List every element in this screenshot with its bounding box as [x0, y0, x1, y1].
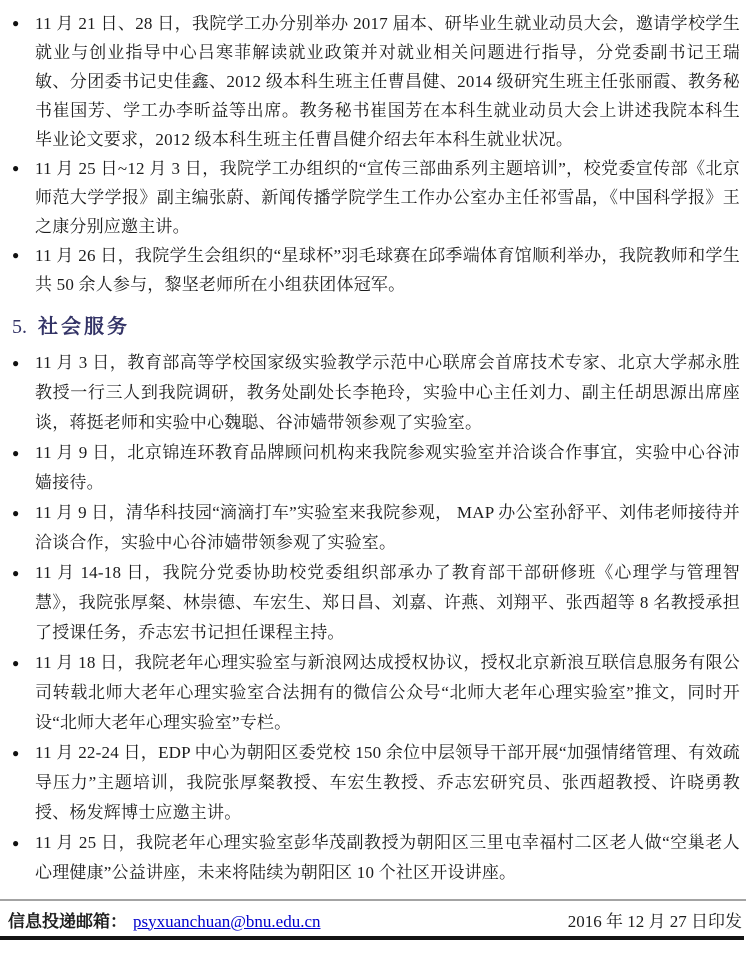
section-title: 社会服务	[38, 316, 130, 338]
bullet-text: 11 月 21 日、28 日，我院学工办分别举办 2017 届本、研毕业生就业动…	[35, 9, 740, 154]
bullet-list-top: ● 11 月 21 日、28 日，我院学工办分别举办 2017 届本、研毕业生就…	[12, 9, 740, 299]
bullet-icon: ●	[12, 498, 35, 528]
section-number: 5.	[12, 316, 27, 338]
list-item: ● 11 月 25 日~12 月 3 日，我院学工办组织的“宣传三部曲系列主题培…	[12, 154, 740, 241]
bullet-text: 11 月 26 日，我院学生会组织的“星球杯”羽毛球赛在邱季端体育馆顺利举办，我…	[35, 241, 740, 299]
list-item: ● 11 月 26 日，我院学生会组织的“星球杯”羽毛球赛在邱季端体育馆顺利举办…	[12, 241, 740, 299]
document-page: ● 11 月 21 日、28 日，我院学工办分别举办 2017 届本、研毕业生就…	[0, 0, 750, 953]
list-item: ● 11 月 22-24 日，EDP 中心为朝阳区委党校 150 余位中层领导干…	[12, 738, 740, 828]
list-item: ● 11 月 21 日、28 日，我院学工办分别举办 2017 届本、研毕业生就…	[12, 9, 740, 154]
list-item: ● 11 月 14-18 日，我院分党委协助校党委组织部承办了教育部干部研修班《…	[12, 558, 740, 648]
bullet-text: 11 月 25 日，我院老年心理实验室彭华茂副教授为朝阳区三里屯幸福村二区老人做…	[35, 828, 740, 888]
footer: 信息投递邮箱：psyxuanchuan@bnu.edu.cn 2016 年 12…	[8, 905, 742, 933]
footer-print-date: 2016 年 12 月 27 日印发	[568, 907, 742, 932]
bullet-text: 11 月 18 日，我院老年心理实验室与新浪网达成授权协议，授权北京新浪互联信息…	[35, 648, 740, 738]
list-item: ● 11 月 3 日，教育部高等学校国家级实验教学示范中心联席会首席技术专家、北…	[12, 348, 740, 438]
list-item: ● 11 月 9 日，清华科技园“滴滴打车”实验室来我院参观， MAP 办公室孙…	[12, 498, 740, 558]
footer-top-rule	[0, 899, 746, 901]
list-item: ● 11 月 9 日，北京锦连环教育品牌顾问机构来我院参观实验室并洽谈合作事宜，…	[12, 438, 740, 498]
section-heading: 5.社会服务	[12, 310, 740, 339]
bullet-icon: ●	[12, 348, 35, 378]
list-item: ● 11 月 25 日，我院老年心理实验室彭华茂副教授为朝阳区三里屯幸福村二区老…	[12, 828, 740, 888]
bullet-text: 11 月 22-24 日，EDP 中心为朝阳区委党校 150 余位中层领导干部开…	[35, 738, 740, 828]
bullet-icon: ●	[12, 241, 35, 270]
bullet-icon: ●	[12, 738, 35, 768]
bullet-text: 11 月 9 日，北京锦连环教育品牌顾问机构来我院参观实验室并洽谈合作事宜，实验…	[35, 438, 740, 498]
bullet-icon: ●	[12, 9, 35, 38]
bullet-icon: ●	[12, 828, 35, 858]
footer-email-link[interactable]: psyxuanchuan@bnu.edu.cn	[133, 912, 321, 931]
bullet-text: 11 月 25 日~12 月 3 日，我院学工办组织的“宣传三部曲系列主题培训”…	[35, 154, 740, 241]
bullet-icon: ●	[12, 648, 35, 678]
bullet-icon: ●	[12, 558, 35, 588]
bullet-text: 11 月 9 日，清华科技园“滴滴打车”实验室来我院参观， MAP 办公室孙舒平…	[35, 498, 740, 558]
bullet-text: 11 月 14-18 日，我院分党委协助校党委组织部承办了教育部干部研修班《心理…	[35, 558, 740, 648]
document-content: ● 11 月 21 日、28 日，我院学工办分别举办 2017 届本、研毕业生就…	[0, 0, 750, 888]
list-item: ● 11 月 18 日，我院老年心理实验室与新浪网达成授权协议，授权北京新浪互联…	[12, 648, 740, 738]
footer-email-block: 信息投递邮箱：psyxuanchuan@bnu.edu.cn	[8, 907, 321, 932]
footer-email-label: 信息投递邮箱：	[8, 912, 127, 931]
bullet-icon: ●	[12, 154, 35, 183]
bullet-list-social-service: ● 11 月 3 日，教育部高等学校国家级实验教学示范中心联席会首席技术专家、北…	[12, 348, 740, 888]
footer-bottom-rule	[0, 936, 744, 940]
bullet-text: 11 月 3 日，教育部高等学校国家级实验教学示范中心联席会首席技术专家、北京大…	[35, 348, 740, 438]
bullet-icon: ●	[12, 438, 35, 468]
